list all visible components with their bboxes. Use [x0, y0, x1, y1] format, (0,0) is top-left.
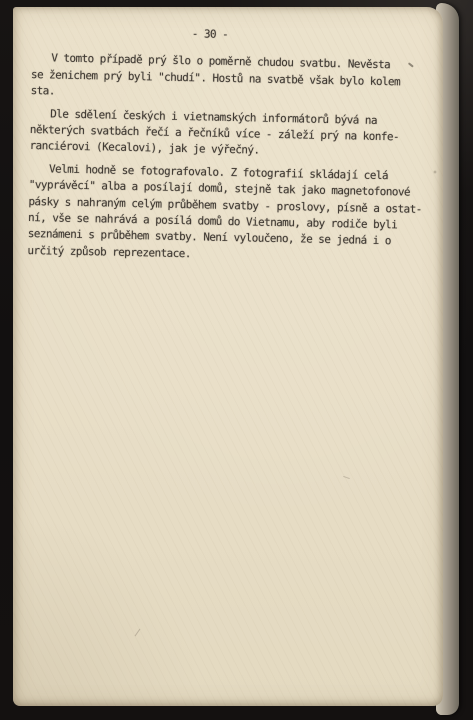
typewritten-text-block: - 30 - V tomto případě prý šlo o poměrně…: [27, 23, 432, 273]
scan-speck: [343, 476, 350, 479]
paragraph: Velmi hodně se fotografovalo. Z fotograf…: [27, 161, 429, 267]
page-number: - 30 -: [192, 26, 432, 47]
paragraph: V tomto případě prý šlo o poměrně chudou…: [30, 50, 431, 107]
document-page: - 30 - V tomto případě prý šlo o poměrně…: [13, 7, 443, 706]
scanned-book-photo: - 30 - V tomto případě prý šlo o poměrně…: [0, 0, 473, 720]
scan-speck: [135, 629, 141, 637]
paragraph: Dle sdělení českých i vietnamských infor…: [29, 106, 430, 163]
scan-smudge: [433, 170, 437, 174]
